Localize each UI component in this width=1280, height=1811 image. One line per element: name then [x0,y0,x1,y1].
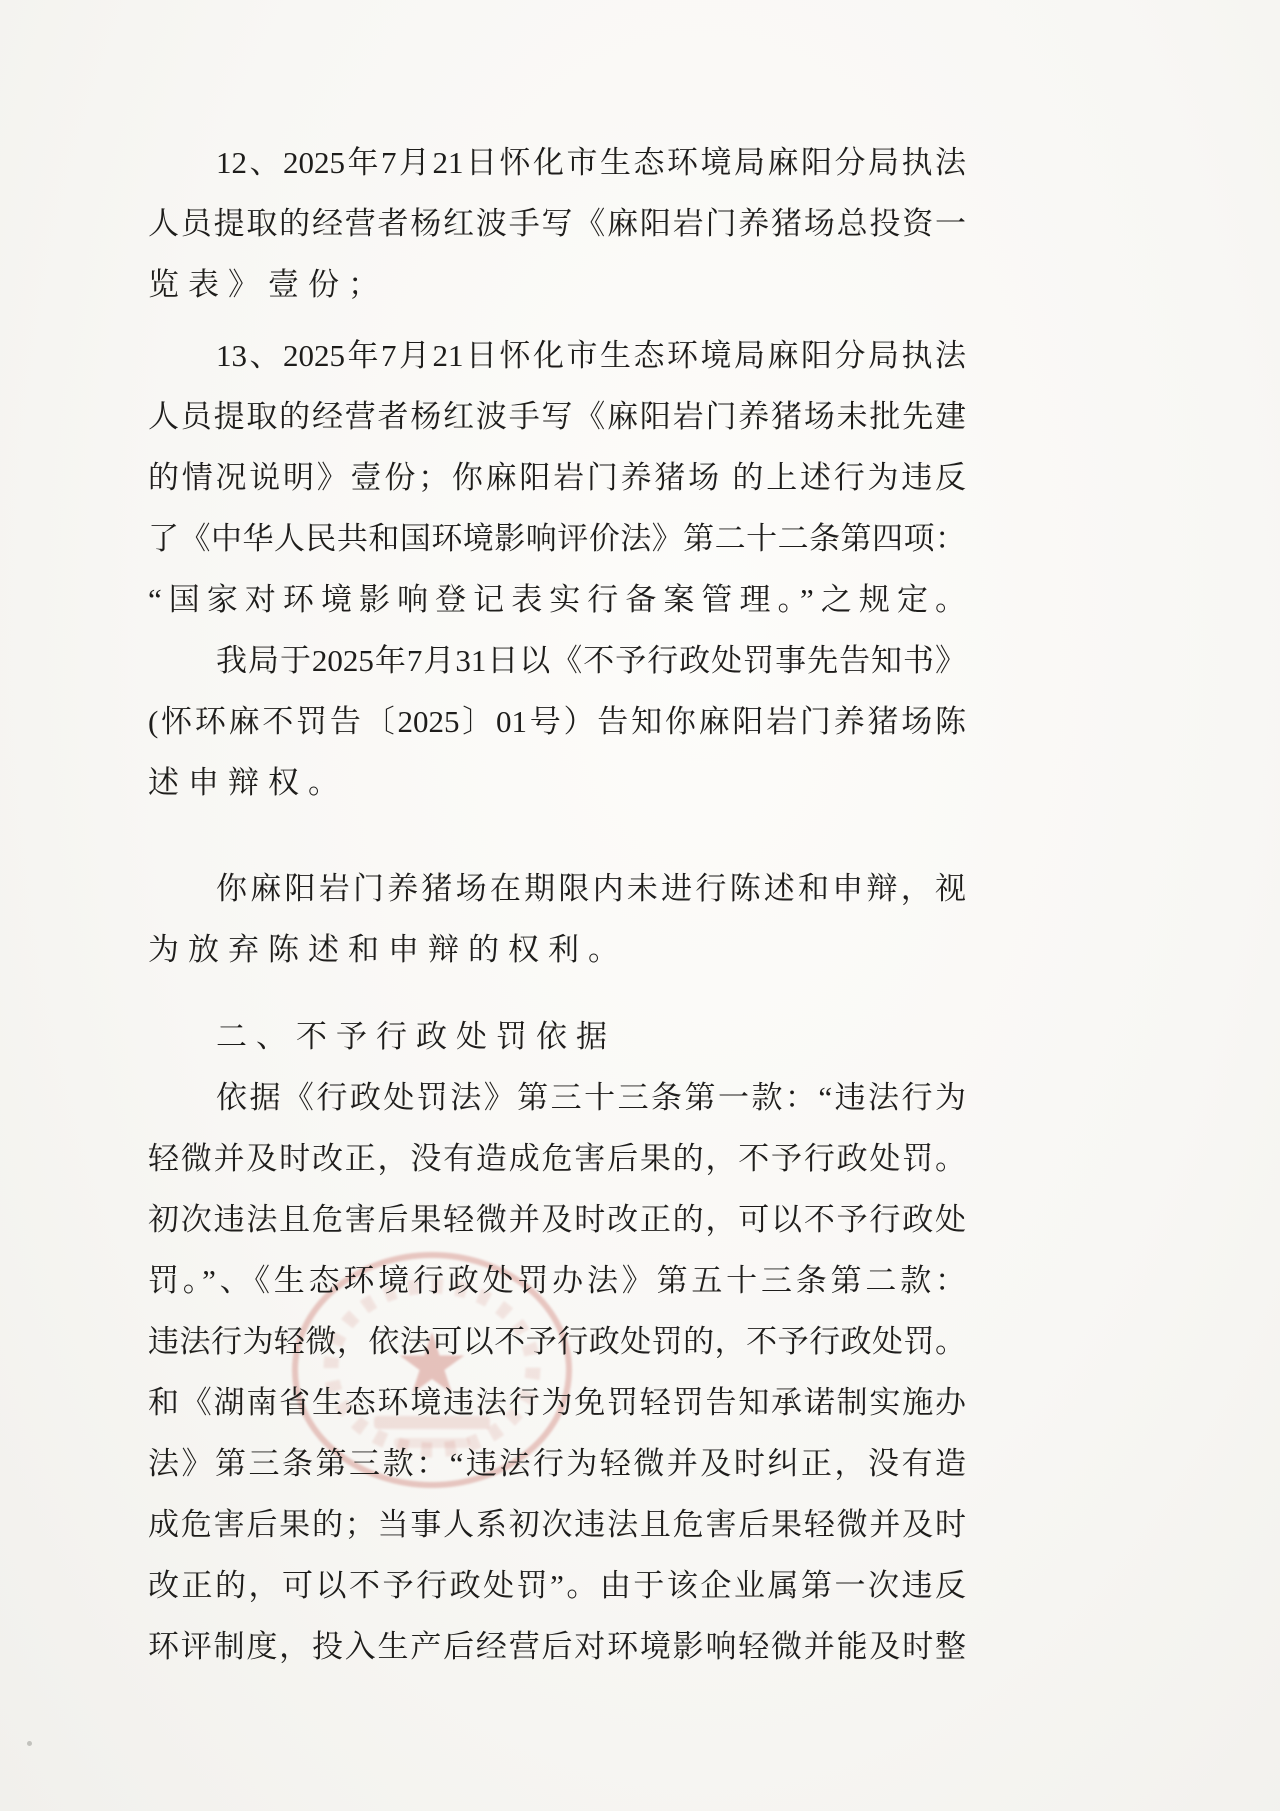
text-line: 我局于2025年7月31日以《不予行政处罚事先告知书》 [148,630,966,691]
text-line: 违法行为轻微，依法可以不予行政处罚的，不予行政处罚。 [148,1311,966,1372]
text-line: (怀环麻不罚告〔2025〕01号）告知你麻阳岩门养猪场陈 [148,691,966,752]
text-line: 12、2025年7月21日怀化市生态环境局麻阳分局执法 [148,132,966,193]
text-line: 法》第三条第三款：“违法行为轻微并及时纠正，没有造 [148,1433,966,1494]
text-line: 的情况说明》壹份；你麻阳岩门养猪场 的上述行为违反 [148,447,966,508]
text-line: 览表》壹份； [148,254,966,315]
text-line: 初次违法且危害后果轻微并及时改正的，可以不予行政处 [148,1189,966,1250]
text-line: 人员提取的经营者杨红波手写《麻阳岩门养猪场总投资一 [148,193,966,254]
text-line: 人员提取的经营者杨红波手写《麻阳岩门养猪场未批先建 [148,386,966,447]
text-line: 罚。”、《生态环境行政处罚办法》第五十三条第二款： [148,1250,966,1311]
text-line: 依据《行政处罚法》第三十三条第一款：“违法行为 [148,1067,966,1128]
scanned-document-page: 12、2025年7月21日怀化市生态环境局麻阳分局执法人员提取的经营者杨红波手写… [0,0,1280,1811]
scan-speck [27,1741,32,1746]
section-heading: 二、不予行政处罚依据 [148,1006,966,1067]
text-line: 了《中华人民共和国环境影响评价法》第二十二条第四项： [148,508,966,569]
text-line: 13、2025年7月21日怀化市生态环境局麻阳分局执法 [148,325,966,386]
text-line: 为放弃陈述和申辩的权利。 [148,919,966,980]
text-line: 和《湖南省生态环境违法行为免罚轻罚告知承诺制实施办 [148,1372,966,1433]
text-line: 述申辩权。 [148,752,966,813]
text-line: “国家对环境影响登记表实行备案管理。”之规定。 [148,569,966,630]
text-line: 成危害后果的；当事人系初次违法且危害后果轻微并及时 [148,1494,966,1555]
text-line: 你麻阳岩门养猪场在期限内未进行陈述和申辩，视 [148,858,966,919]
text-line: 环评制度，投入生产后经营后对环境影响轻微并能及时整 [148,1616,966,1677]
text-line: 轻微并及时改正，没有造成危害后果的，不予行政处罚。 [148,1128,966,1189]
document-body: 12、2025年7月21日怀化市生态环境局麻阳分局执法人员提取的经营者杨红波手写… [148,132,966,1677]
text-line: 改正的，可以不予行政处罚”。由于该企业属第一次违反 [148,1555,966,1616]
